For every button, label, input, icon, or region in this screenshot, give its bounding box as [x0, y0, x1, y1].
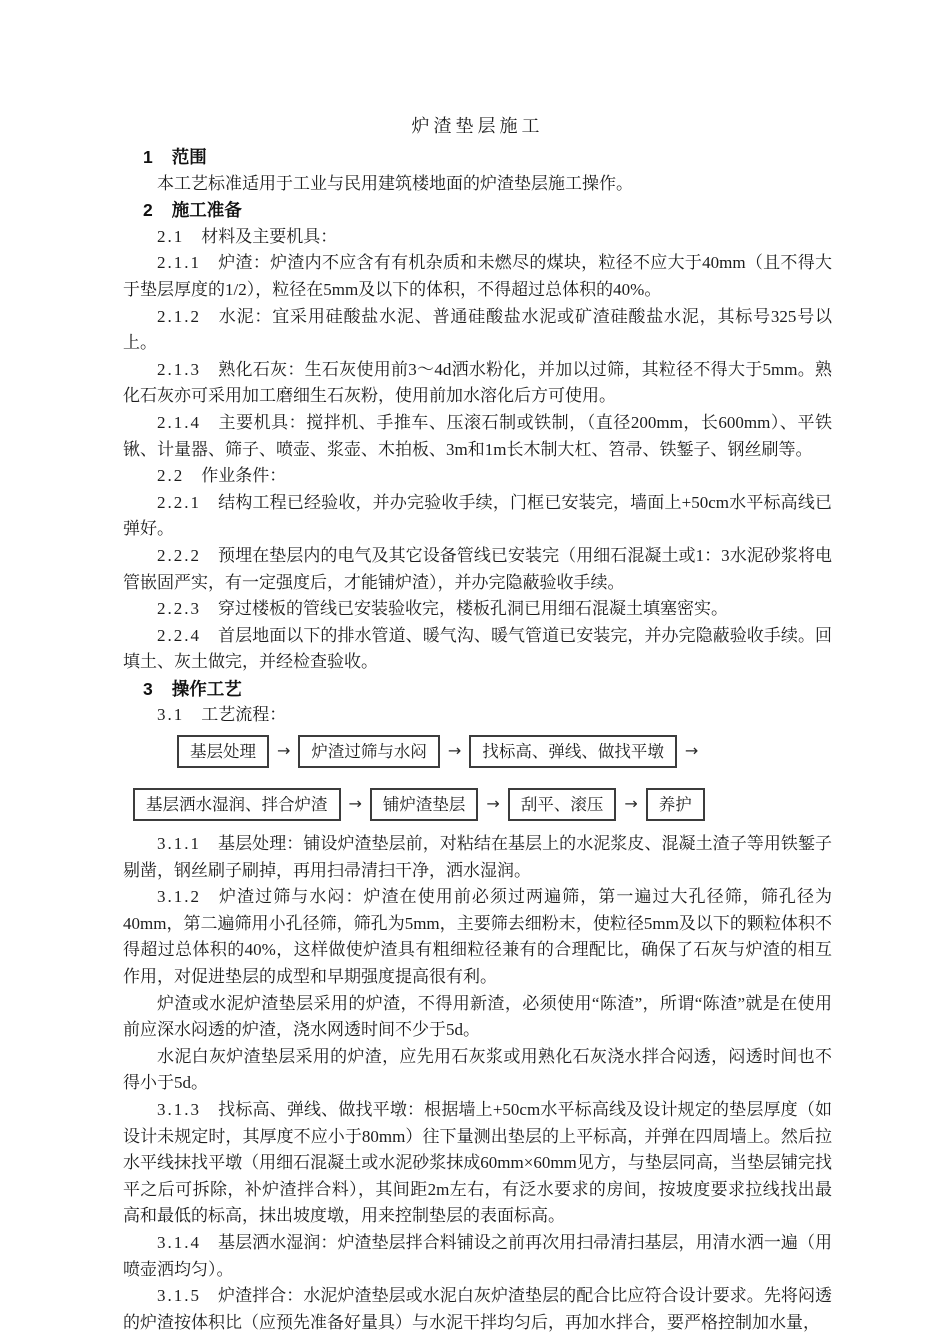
section-heading-label: 操作工艺: [172, 679, 242, 699]
clause-number: 3.1: [157, 705, 184, 724]
clause-number: 3.1.3: [157, 1100, 201, 1119]
flow-row-2: 基层洒水湿润、拌合炉渣→铺炉渣垫层→刮平、滚压→养护: [123, 788, 832, 821]
flow-arrow-icon: →: [685, 738, 698, 765]
flow-row-1: 基层处理→炉渣过筛与水闷→找标高、弹线、做找平墩→: [123, 735, 832, 768]
section-heading: 2施工准备: [123, 197, 832, 224]
page-title: 炉渣垫层施工: [123, 112, 832, 140]
paragraph-text: 作业条件：: [201, 466, 286, 485]
clause-number: 3.1.4: [157, 1233, 201, 1252]
clause-number: 2.2.4: [157, 626, 201, 645]
clause-number: 2.1.4: [157, 413, 201, 432]
paragraph-text: 找标高、弹线、做找平墩：根据墙上+50cm水平标高线及设计规定的垫层厚度（如设计…: [123, 1100, 832, 1225]
paragraph: 2.2.1结构工程已经验收，并办完验收手续，门框已安装完，墙面上+50cm水平标…: [123, 490, 832, 543]
paragraph-text: 水泥白灰炉渣垫层采用的炉渣，应先用石灰浆或用熟化石灰浇水拌合闷透，闷透时间也不得…: [123, 1047, 832, 1093]
paragraph-text: 工艺流程：: [201, 705, 286, 724]
section-heading: 1范围: [123, 144, 832, 171]
paragraph: 3.1.3找标高、弹线、做找平墩：根据墙上+50cm水平标高线及设计规定的垫层厚…: [123, 1097, 832, 1230]
flow-step-box: 基层处理: [177, 735, 269, 768]
paragraph: 3.1.5炉渣拌合：水泥炉渣垫层或水泥白灰炉渣垫层的配合比应符合设计要求。先将闷…: [123, 1283, 832, 1336]
paragraph: 2.1.2水泥：宜采用硅酸盐水泥、普通硅酸盐水泥或矿渣硅酸盐水泥，其标号325号…: [123, 304, 832, 357]
flow-arrow-icon: →: [349, 791, 362, 818]
clause-number: 3: [143, 679, 153, 699]
paragraph: 2.1.1炉渣：炉渣内不应含有有机杂质和未燃尽的煤块，粒径不应大于40mm（且不…: [123, 250, 832, 303]
clause-number: 2.2: [157, 466, 184, 485]
paragraph: 3.1.2炉渣过筛与水闷：炉渣在使用前必须过两遍筛，第一遍过大孔径筛，筛孔径为4…: [123, 884, 832, 990]
flow-step-box: 基层洒水湿润、拌合炉渣: [133, 788, 341, 821]
flow-step-box: 找标高、弹线、做找平墩: [469, 735, 677, 768]
clause-number: 2: [143, 200, 153, 220]
clause-number: 3.1.2: [157, 887, 201, 906]
clause-number: 3.1.1: [157, 834, 201, 853]
paragraph-text: 水泥：宜采用硅酸盐水泥、普通硅酸盐水泥或矿渣硅酸盐水泥，其标号325号以上。: [123, 307, 832, 353]
paragraph-text: 炉渣或水泥炉渣垫层采用的炉渣，不得用新渣，必须使用“陈渣”，所谓“陈渣”就是在使…: [123, 994, 832, 1040]
paragraph-text: 材料及主要机具：: [201, 227, 337, 246]
paragraph-text: 本工艺标准适用于工业与民用建筑楼地面的炉渣垫层施工操作。: [157, 174, 633, 193]
paragraph-text: 主要机具：搅拌机、手推车、压滚石制或铁制，（直径200mm，长600mm）、平铁…: [123, 413, 832, 459]
paragraph-text: 预埋在垫层内的电气及其它设备管线已安装完（用细石混凝土或1：3水泥砂浆将电管嵌固…: [123, 546, 832, 592]
paragraph: 3.1.1基层处理：铺设炉渣垫层前，对粘结在基层上的水泥浆皮、混凝土渣子等用铁錾…: [123, 831, 832, 884]
section-heading-label: 范围: [172, 147, 207, 167]
paragraph: 2.1.3熟化石灰：生石灰使用前3～4d洒水粉化，并加以过筛，其粒径不得大于5m…: [123, 357, 832, 410]
paragraph: 2.2.2预埋在垫层内的电气及其它设备管线已安装完（用细石混凝土或1：3水泥砂浆…: [123, 543, 832, 596]
clause-number: 2.1.2: [157, 307, 201, 326]
paragraph-text: 炉渣过筛与水闷：炉渣在使用前必须过两遍筛，第一遍过大孔径筛，筛孔径为40mm，第…: [123, 887, 832, 986]
clause-number: 2.1.3: [157, 360, 201, 379]
process-flowchart: 基层处理→炉渣过筛与水闷→找标高、弹线、做找平墩→基层洒水湿润、拌合炉渣→铺炉渣…: [123, 735, 832, 821]
paragraph-text: 结构工程已经验收，并办完验收手续，门框已安装完，墙面上+50cm水平标高线已弹好…: [123, 493, 832, 539]
flow-arrow-icon: →: [448, 738, 461, 765]
paragraph: 2.2作业条件：: [123, 463, 832, 490]
clause-number: 2.1.1: [157, 253, 201, 272]
paragraph: 本工艺标准适用于工业与民用建筑楼地面的炉渣垫层施工操作。: [123, 171, 832, 198]
clause-number: 2.2.1: [157, 493, 201, 512]
clause-number: 2.1: [157, 227, 184, 246]
clause-number: 2.2.3: [157, 599, 201, 618]
paragraph: 3.1工艺流程：: [123, 702, 832, 729]
paragraph-text: 熟化石灰：生石灰使用前3～4d洒水粉化，并加以过筛，其粒径不得大于5mm。熟化石…: [123, 360, 832, 406]
clause-number: 2.2.2: [157, 546, 201, 565]
paragraph: 2.1.4主要机具：搅拌机、手推车、压滚石制或铁制，（直径200mm，长600m…: [123, 410, 832, 463]
paragraph: 3.1.4基层洒水湿润：炉渣垫层拌合料铺设之前再次用扫帚清扫基层，用清水洒一遍（…: [123, 1230, 832, 1283]
flow-step-box: 刮平、滚压: [508, 788, 617, 821]
paragraph-text: 炉渣拌合：水泥炉渣垫层或水泥白灰炉渣垫层的配合比应符合设计要求。先将闷透的炉渣按…: [123, 1286, 832, 1332]
paragraph: 2.2.3穿过楼板的管线已安装验收完，楼板孔洞已用细石混凝土填塞密实。: [123, 596, 832, 623]
paragraph: 水泥白灰炉渣垫层采用的炉渣，应先用石灰浆或用熟化石灰浇水拌合闷透，闷透时间也不得…: [123, 1044, 832, 1097]
paragraph: 2.2.4首层地面以下的排水管道、暖气沟、暖气管道已安装完，并办完隐蔽验收手续。…: [123, 623, 832, 676]
section-heading-label: 施工准备: [172, 200, 242, 220]
paragraph-text: 首层地面以下的排水管道、暖气沟、暖气管道已安装完，并办完隐蔽验收手续。回填土、灰…: [123, 626, 832, 672]
flow-step-box: 炉渣过筛与水闷: [298, 735, 440, 768]
paragraph: 2.1材料及主要机具：: [123, 224, 832, 251]
document-page: 炉渣垫层施工 1范围本工艺标准适用于工业与民用建筑楼地面的炉渣垫层施工操作。2施…: [0, 0, 950, 1344]
flow-step-box: 铺炉渣垫层: [370, 788, 479, 821]
clause-number: 1: [143, 147, 153, 167]
paragraph-text: 炉渣：炉渣内不应含有有机杂质和未燃尽的煤块，粒径不应大于40mm（且不得大于垫层…: [123, 253, 832, 299]
flow-step-box: 养护: [646, 788, 705, 821]
flow-arrow-icon: →: [624, 791, 637, 818]
flow-arrow-icon: →: [486, 791, 499, 818]
section-heading: 3操作工艺: [123, 676, 832, 703]
paragraph: 炉渣或水泥炉渣垫层采用的炉渣，不得用新渣，必须使用“陈渣”，所谓“陈渣”就是在使…: [123, 991, 832, 1044]
paragraph-text: 基层洒水湿润：炉渣垫层拌合料铺设之前再次用扫帚清扫基层，用清水洒一遍（用喷壶洒均…: [123, 1233, 832, 1279]
clause-number: 3.1.5: [157, 1286, 201, 1305]
paragraph-text: 基层处理：铺设炉渣垫层前，对粘结在基层上的水泥浆皮、混凝土渣子等用铁錾子剔凿，钢…: [123, 834, 832, 880]
document-body: 1范围本工艺标准适用于工业与民用建筑楼地面的炉渣垫层施工操作。2施工准备2.1材…: [123, 144, 832, 1336]
paragraph-text: 穿过楼板的管线已安装验收完，楼板孔洞已用细石混凝土填塞密实。: [218, 599, 728, 618]
flow-arrow-icon: →: [277, 738, 290, 765]
